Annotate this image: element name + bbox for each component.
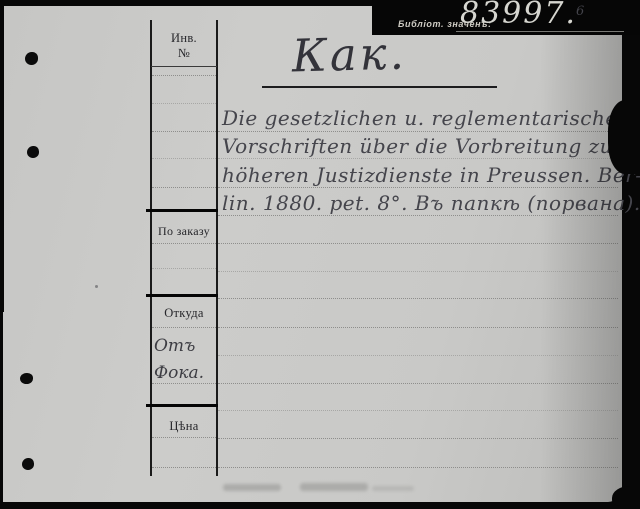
ruled-line: [218, 215, 618, 216]
ruled-line: [218, 187, 618, 188]
ruled-line: [218, 410, 618, 411]
by-order-label: По заказу: [151, 224, 217, 239]
punch-hole: [27, 146, 39, 158]
title-underline: [262, 86, 497, 88]
entry-line-1: Die gesetzlichen u. reglementarischen: [222, 106, 624, 130]
paper-speck: [95, 285, 98, 288]
stamp-band: Библіот. значенъ: 83997. 6: [372, 0, 640, 35]
ruled-line: [152, 75, 216, 76]
ruled-line: [152, 158, 216, 159]
ruled-line: [152, 467, 216, 468]
punch-hole: [25, 52, 38, 65]
ruled-line: [218, 467, 618, 468]
entry-line-4: lin. 1880. pet. 8°. Въ папкѣ (порвана).: [222, 191, 624, 215]
section-thick-line: [146, 209, 218, 212]
section-thick-line: [146, 294, 218, 297]
scanned-catalog-card: Инв. № По заказу Откуда Цѣна Отъ Фока. К…: [0, 0, 640, 509]
price-label: Цѣна: [151, 419, 217, 434]
origin-handwritten-value: Отъ Фока.: [154, 333, 204, 387]
scan-left-edge: [0, 0, 4, 312]
ruled-line: [218, 327, 618, 328]
scan-edge-notch: [608, 100, 640, 174]
ruled-line: [152, 243, 216, 244]
ruled-line: [152, 437, 216, 438]
ruled-line: [152, 187, 216, 188]
ruled-line: [218, 158, 618, 159]
ruled-line: [218, 298, 618, 299]
bleed-through-smudge: [223, 484, 281, 491]
bleed-through-smudge: [372, 486, 414, 491]
ruled-line: [218, 383, 618, 384]
inventory-number-label: Инв. №: [151, 31, 217, 61]
table-vertical-line: [216, 20, 218, 476]
ruled-line: [218, 131, 618, 132]
page-corner-mark: 6: [576, 4, 584, 19]
ruled-line: [152, 103, 216, 104]
ruled-line: [218, 271, 618, 272]
library-mark-number: 83997.: [460, 0, 577, 31]
punch-hole: [20, 373, 33, 384]
section-thick-line: [146, 404, 218, 407]
ruled-line: [152, 327, 216, 328]
entry-line-2: Vorschriften über die Vorbreitung zum: [222, 134, 624, 158]
ruled-line: [152, 131, 216, 132]
origin-label: Откуда: [151, 306, 217, 321]
stamp-number-underline: [456, 31, 624, 32]
entry-line-3: höheren Justizdienste in Preussen. Ber-: [222, 163, 624, 187]
ruled-line: [218, 243, 618, 244]
ruled-line: [218, 355, 618, 356]
ruled-line: [218, 438, 618, 439]
table-vertical-line: [150, 20, 152, 476]
bleed-through-smudge: [300, 483, 368, 491]
ruled-line: [152, 268, 216, 269]
scan-edge-nub: [612, 486, 640, 506]
punch-hole: [22, 458, 34, 470]
section-line: [151, 66, 217, 67]
